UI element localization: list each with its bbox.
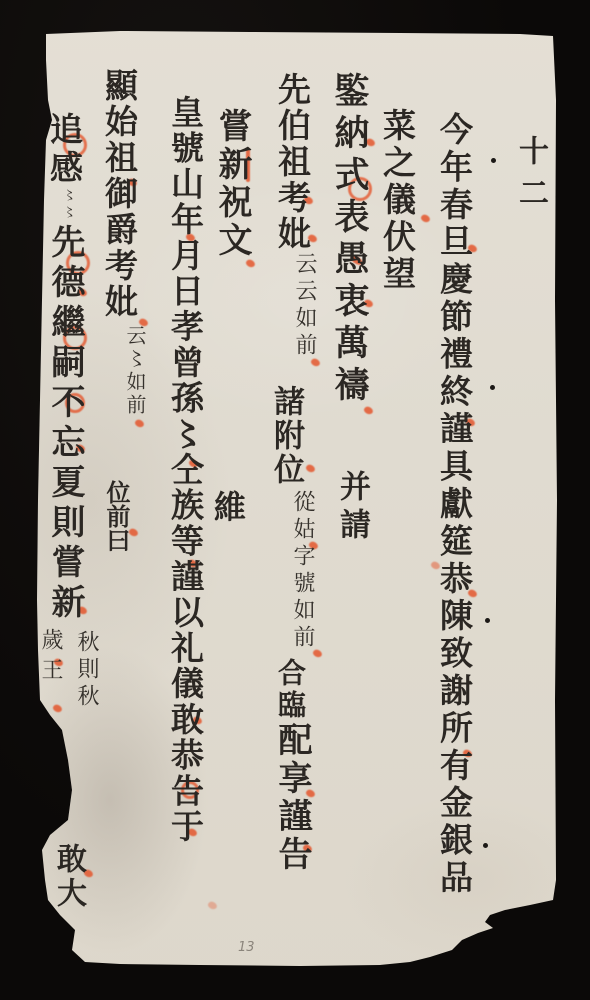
column-8-annotation-left: 歲王 — [39, 628, 61, 688]
column-3-text: 鍳納式表愚衷萬禱 — [332, 72, 367, 408]
column-3-text-lower: 并請 — [336, 470, 367, 546]
page-marker: 十二 — [515, 135, 545, 219]
column-4-text-3: 合臨 — [276, 658, 304, 722]
manuscript-photo: 十二 今年春旦慶節禮終謹具獻筵恭陳致謝所有金銀品 菜之儀伏望 鍳納式表愚衷萬禱 … — [0, 0, 590, 1000]
ink-dot — [485, 618, 490, 623]
column-7-text-2: 位前曰 — [104, 480, 128, 552]
column-8-text-3: 敢大 — [53, 843, 83, 911]
column-7-text: 顯始祖御爵考妣 — [103, 68, 136, 320]
column-2-text: 菜之儀伏望 — [381, 108, 414, 293]
ink-dot — [491, 158, 496, 163]
pencil-folio-number: 13 — [238, 940, 255, 955]
column-7-annotation: 云〻如前 — [125, 325, 145, 417]
column-4-text-2: 諸附位 — [270, 385, 301, 487]
column-8-text: 追感 — [48, 112, 81, 188]
column-5-text: 維 — [212, 490, 244, 522]
column-8-text-2: 先德繼嗣不忘夏則嘗新 — [48, 224, 82, 624]
column-5-title: 嘗新祝文 — [215, 108, 249, 260]
column-4-annotation: 云云如前 — [293, 252, 315, 360]
ink-dot — [483, 843, 488, 848]
ink-dot — [490, 385, 495, 390]
column-1-text: 今年春旦慶節禮終謹具獻筵恭陳致謝所有金銀品 — [438, 112, 471, 897]
column-4-text: 先伯祖考妣 — [276, 72, 309, 252]
column-8-repeat-marks: 〻〻 — [61, 188, 74, 222]
column-4-text-4: 配享謹告 — [275, 722, 309, 874]
column-4-annotation-2: 從姑字號如前 — [291, 490, 313, 652]
column-8-annotation-right: 秋則秋 — [75, 630, 97, 711]
column-6-text: 皇號山年月日孝曾孫〻仝族等謹以礼儀敢恭告于 — [169, 95, 202, 845]
